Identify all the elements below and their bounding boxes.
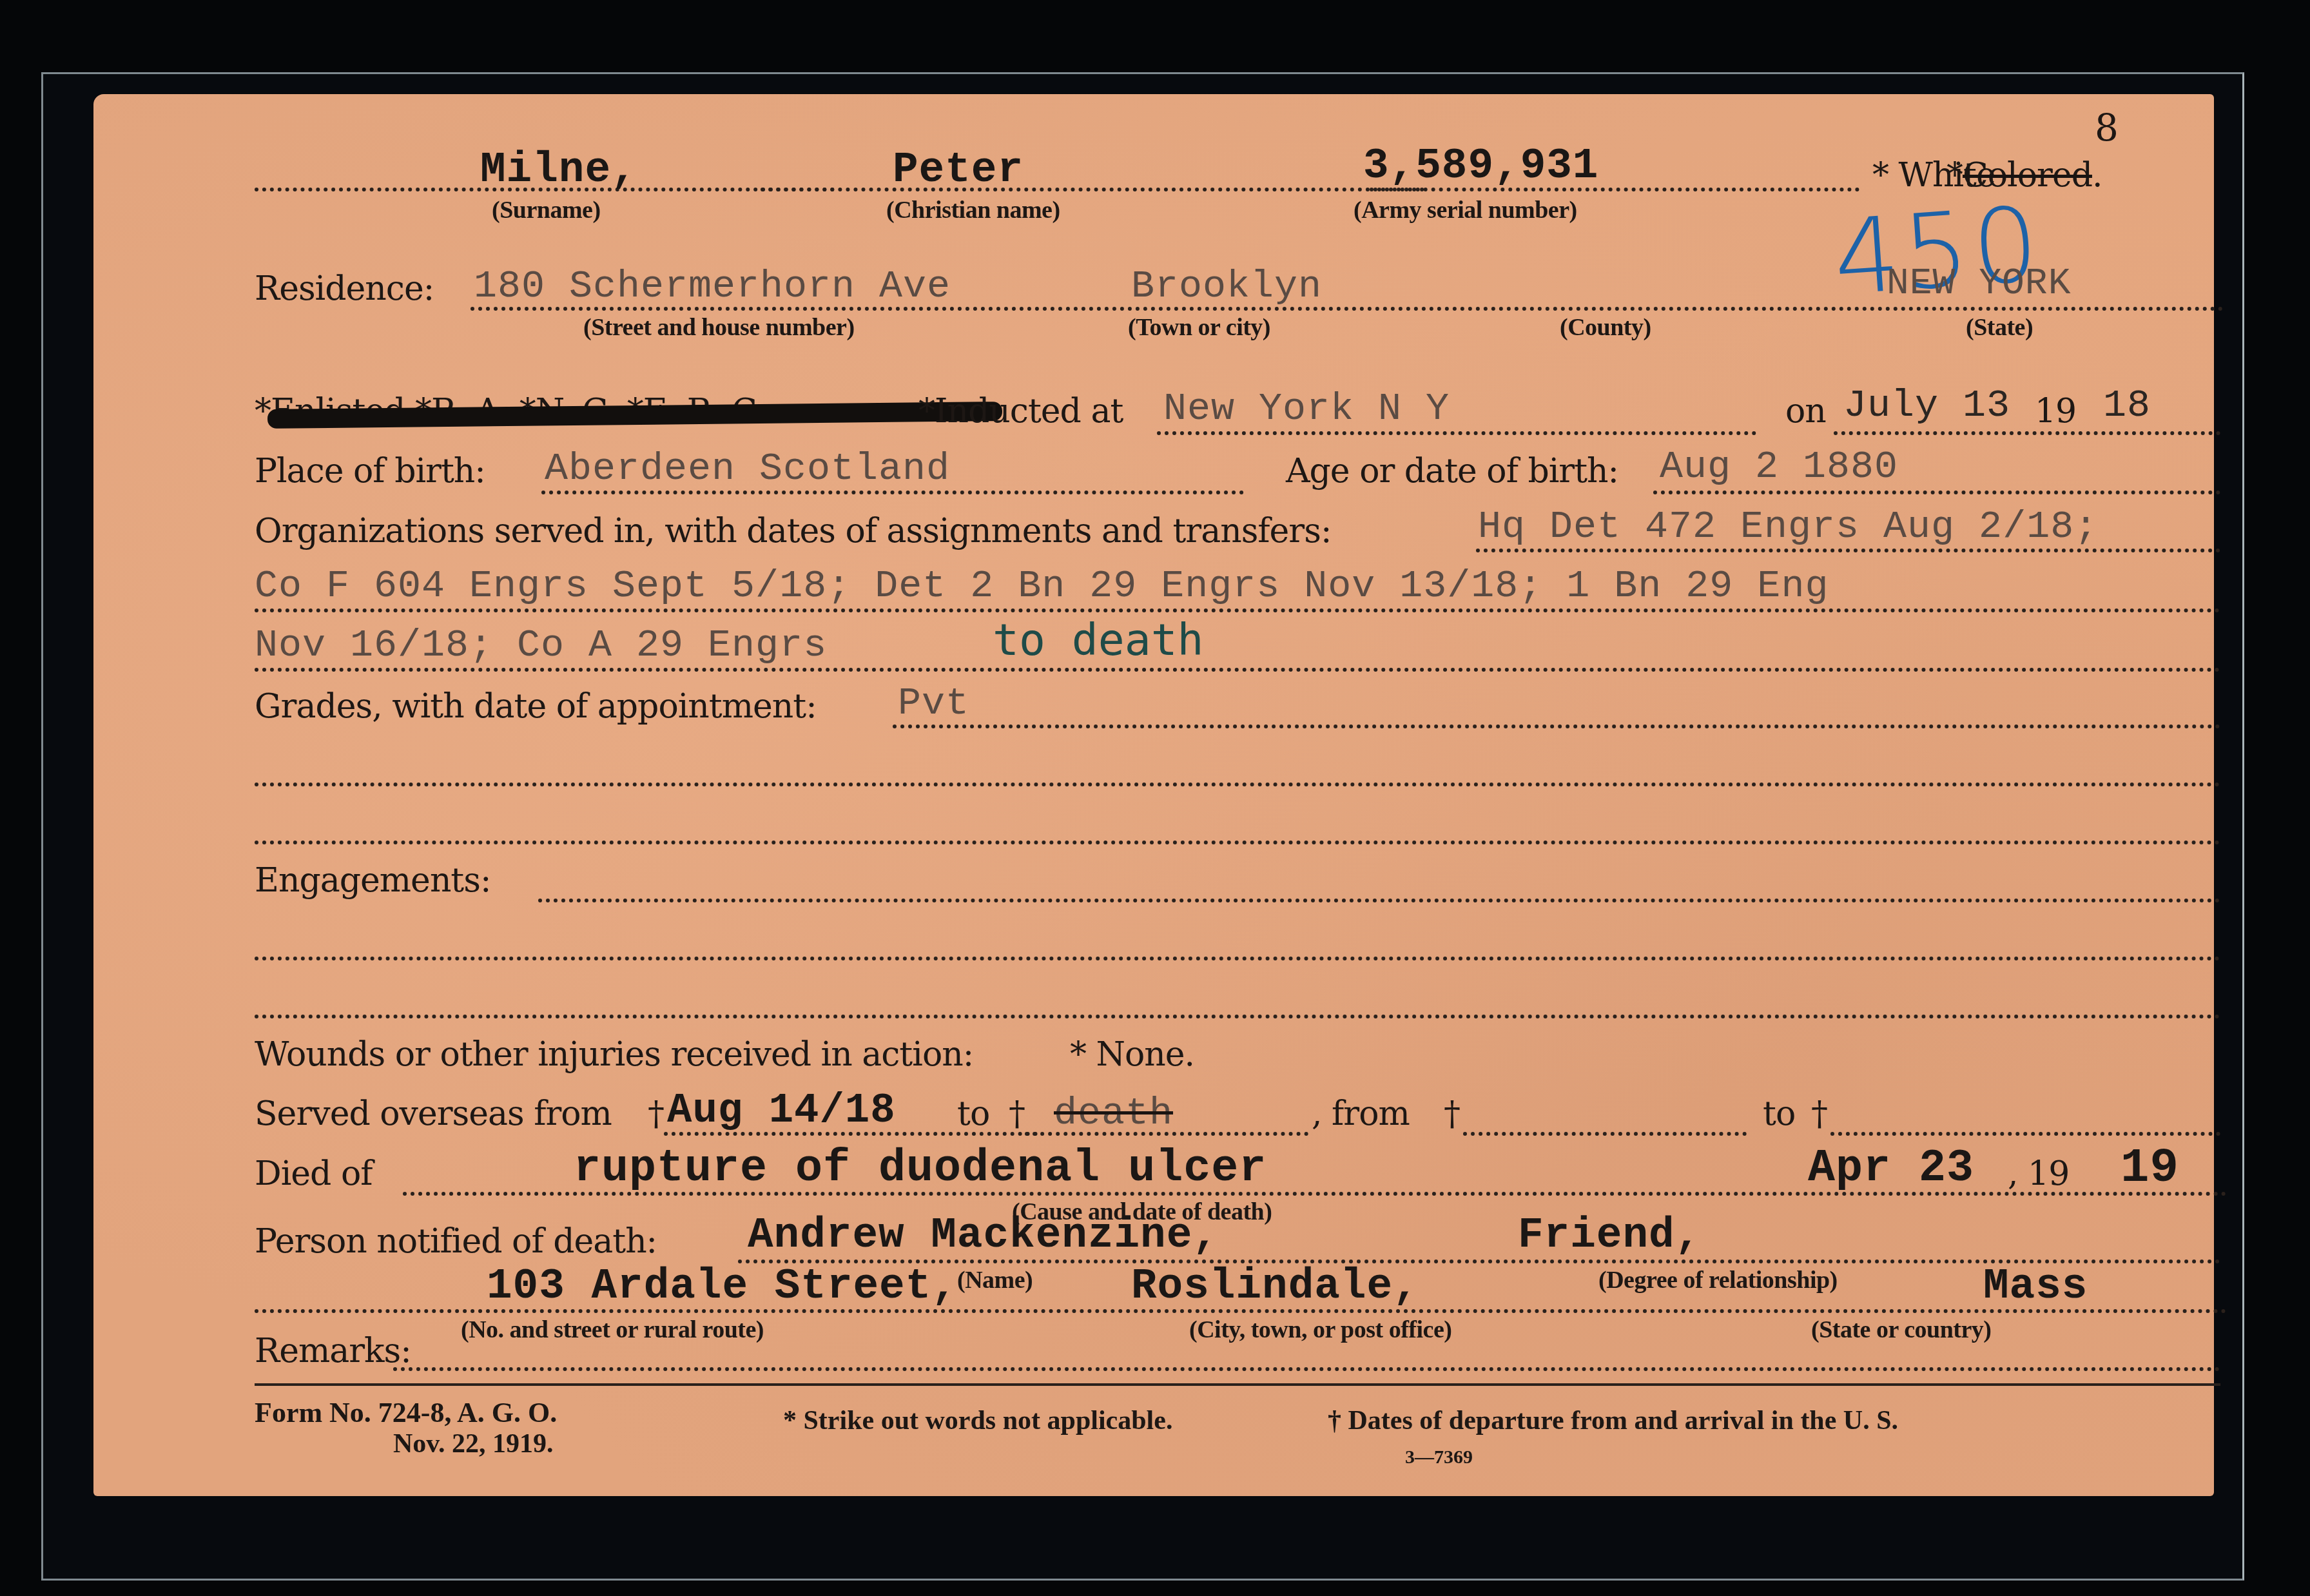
organizations-line-2 xyxy=(255,608,2220,612)
remarks-label: Remarks: xyxy=(255,1332,411,1370)
form-number: Form No. 724-8, A. G. O. xyxy=(255,1396,557,1429)
organizations-line-3 xyxy=(255,668,2220,672)
inducted-date-value: July 13 xyxy=(1843,384,2010,428)
strike-out-note: * Strike out words not applicable. xyxy=(783,1405,1172,1436)
residence-street-label: (Street and house number) xyxy=(583,313,855,342)
organizations-entry-3: Nov 16/18; Co A 29 Engrs xyxy=(255,624,827,668)
birth-date-line xyxy=(1653,491,2220,494)
grades-line-1 xyxy=(893,725,2220,728)
residence-street-value: 180 Schermerhorn Ave xyxy=(474,265,951,309)
overseas-to-line-2 xyxy=(1830,1132,2220,1136)
inducted-year-value: 18 xyxy=(2103,384,2151,428)
grades-value: Pvt xyxy=(898,682,969,726)
notified-name-label: (Name) xyxy=(957,1266,1033,1294)
overseas-from-line-2 xyxy=(1463,1132,1747,1136)
christian-name-line xyxy=(761,188,1424,191)
overseas-dagger-1: † xyxy=(648,1095,664,1133)
inducted-year-prefix: 19 xyxy=(2035,392,2076,431)
inducted-place-line xyxy=(1157,431,1756,435)
death-year-prefix: , 19 xyxy=(2008,1154,2069,1193)
overseas-to-label-1: to xyxy=(957,1095,989,1133)
notified-city-value: Roslindale, xyxy=(1131,1262,1419,1310)
death-cause-value: rupture of duodenal ulcer xyxy=(574,1143,1267,1194)
organizations-label: Organizations served in, with dates of a… xyxy=(255,512,1331,550)
overseas-from-value-1: Aug 14/18 xyxy=(667,1088,896,1134)
grades-line-3 xyxy=(255,841,2220,844)
inducted-label: *Inducted at xyxy=(918,392,1123,431)
death-year-value: 19 xyxy=(2121,1142,2179,1196)
serial-number-label: (Army serial number) xyxy=(1354,196,1577,224)
birth-place-value: Aberdeen Scotland xyxy=(545,447,950,491)
notified-name-value: Andrew Mackenzine, xyxy=(748,1211,1219,1260)
wounds-label: Wounds or other injuries received in act… xyxy=(255,1035,973,1074)
notified-label: Person notified of death: xyxy=(255,1222,657,1261)
overseas-from-label-2: , from xyxy=(1312,1095,1410,1133)
christian-name-value: Peter xyxy=(893,146,1024,194)
organizations-entry-1: Hq Det 472 Engrs Aug 2/18; xyxy=(1478,505,2098,549)
birth-date-value: Aug 2 1880 xyxy=(1660,445,1898,489)
residence-town-label: (Town or city) xyxy=(1128,313,1270,342)
residence-town-value: Brooklyn xyxy=(1131,265,1322,309)
inducted-place-value: New York N Y xyxy=(1163,387,1450,431)
engagements-line-3 xyxy=(255,1015,2220,1018)
organizations-entry-2: Co F 604 Engrs Sept 5/18; Det 2 Bn 29 En… xyxy=(255,565,1829,608)
notified-street-value: 103 Ardale Street, xyxy=(487,1262,958,1310)
wounds-value: * None. xyxy=(1070,1035,1194,1074)
dates-note: † Dates of departure from and arrival in… xyxy=(1328,1405,1898,1436)
notified-street-label: (No. and street or rural route) xyxy=(461,1316,764,1344)
notified-state-label: (State or country) xyxy=(1811,1316,1991,1344)
residence-state-value: NEW YORK xyxy=(1887,263,2071,305)
birth-date-label: Age or date of birth: xyxy=(1286,452,1618,491)
remarks-line xyxy=(393,1367,2220,1371)
serial-number-value: 3,589,931 xyxy=(1363,142,1598,190)
overseas-to-label-2: to xyxy=(1763,1095,1795,1133)
notified-relationship-value: Friend, xyxy=(1518,1211,1701,1260)
overseas-label: Served overseas from xyxy=(255,1095,612,1133)
print-code: 3—7369 xyxy=(1405,1446,1473,1468)
inducted-on-label: on xyxy=(1785,392,1826,431)
residence-state-label: (State) xyxy=(1966,313,2033,342)
overseas-dagger-2: † xyxy=(1009,1095,1025,1133)
notified-relationship-label: (Degree of relationship) xyxy=(1598,1266,1838,1294)
residence-label: Residence: xyxy=(255,269,434,308)
engagements-line-1 xyxy=(538,899,2220,902)
notified-city-label: (City, town, or post office) xyxy=(1189,1316,1451,1344)
surname-label: (Surname) xyxy=(492,196,601,224)
inducted-date-line xyxy=(1834,431,2220,435)
engagements-label: Engagements: xyxy=(255,861,490,900)
overseas-to-value-1: death xyxy=(1054,1092,1173,1136)
organizations-handwritten-addition: to death xyxy=(993,615,1204,666)
page-number: 8 xyxy=(2095,106,2118,150)
footer-divider xyxy=(255,1383,2220,1386)
residence-county-label: (County) xyxy=(1560,313,1651,342)
service-record-card: 8 Milne, (Surname) Peter (Christian name… xyxy=(93,94,2214,1496)
form-date: Nov. 22, 1919. xyxy=(393,1428,554,1459)
grades-line-2 xyxy=(255,783,2220,786)
grades-label: Grades, with date of appointment: xyxy=(255,687,817,726)
death-date-value: Apr 23 xyxy=(1808,1143,1974,1194)
birth-place-label: Place of birth: xyxy=(255,452,485,491)
surname-value: Milne, xyxy=(480,146,637,194)
overseas-dagger-4: † xyxy=(1811,1095,1827,1133)
overseas-dagger-3: † xyxy=(1444,1095,1460,1133)
notified-state-value: Mass xyxy=(1983,1262,2088,1310)
christian-name-label: (Christian name) xyxy=(886,196,1060,224)
engagements-line-2 xyxy=(255,957,2220,960)
death-label: Died of xyxy=(255,1154,372,1193)
